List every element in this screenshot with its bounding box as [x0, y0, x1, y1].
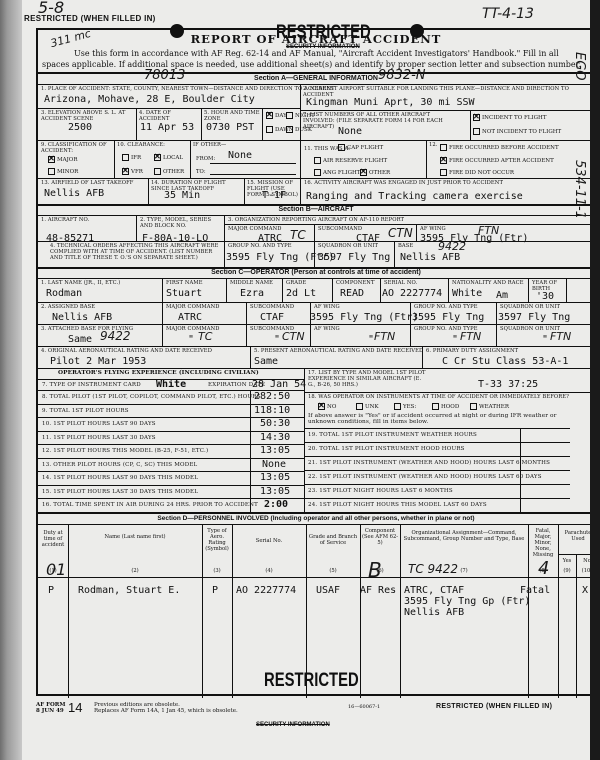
assigned-sub-value: CTAF	[260, 312, 284, 323]
tech-orders-label: 4. Technical Orders affecting this aircr…	[50, 243, 220, 261]
personnel-row: P Rodman, Stuart E. P AO 2227774 USAF AF…	[38, 577, 598, 617]
classification-major-checkbox[interactable]	[48, 156, 55, 163]
instruments-hood-option[interactable]: Hood	[432, 403, 459, 410]
light-night-checkbox[interactable]	[286, 112, 293, 119]
experience-row: 8. Total Pilot (1st Pilot, Copilot, Comm…	[38, 390, 304, 404]
attached-mc-value: "	[188, 334, 194, 345]
experience-row: 9. Total 1st Pilot Hours118:10	[38, 404, 304, 418]
handwritten-attached-mc: TC	[198, 330, 212, 343]
other-aircraft-value: None	[338, 126, 362, 137]
similar-aircraft-label: 17. List by Type and Model 1st Pilot Exp…	[308, 370, 428, 388]
handwritten-attached-wing: FTN	[374, 330, 395, 343]
assigned-mc-value: ATRC	[178, 312, 202, 323]
accident-report-form: 311 mc REPORT OF AIRCRAFT ACCIDENT RESTR…	[36, 28, 596, 696]
instrument-row: 20. Total 1st Pilot Instrument Hood Hour…	[304, 442, 570, 456]
handwritten-attached-sq: FTN	[550, 330, 571, 343]
present-rating-label: 5. Present Aeronautical Rating and Date …	[254, 348, 423, 354]
restricted-header: RESTRICTED (WHEN FILLED IN)	[24, 14, 156, 23]
if-other-label: If Other—	[193, 142, 226, 148]
restricted-stamp-bottom: RESTRICTED	[264, 670, 359, 692]
instrument-row: 24. 1st Pilot Night Hours THIS MODEL Las…	[304, 498, 570, 512]
col-component: Component (See AFM 62-5)	[360, 528, 400, 546]
light-day-option[interactable]: Day	[266, 112, 287, 119]
experience-row: 15. 1st Pilot Hours Last 30 Days This Mo…	[38, 485, 304, 499]
clearance-local-option[interactable]: Local	[154, 154, 183, 161]
elevation-label: 3. Elevation Above S. L. at accident sce…	[41, 110, 131, 122]
instruments-yes-checkbox[interactable]	[394, 403, 401, 410]
from-value: None	[228, 150, 252, 161]
base-value: Nellis AFB	[400, 252, 460, 263]
cap-flight-checkbox[interactable]	[338, 144, 345, 151]
form-label: AF FORM8 JUN 49	[36, 702, 65, 714]
nationality-label: Nationality and Race	[452, 280, 524, 286]
personnel-rating: P	[212, 585, 218, 596]
light-day-checkbox[interactable]	[266, 112, 273, 119]
classification-minor-option[interactable]: Minor	[48, 168, 78, 175]
handwritten-top-right: TT-4-13	[482, 6, 534, 22]
cap-flight-option[interactable]: CAP Flight	[338, 144, 383, 151]
instruments-unk-option[interactable]: Unk	[356, 403, 379, 410]
duration-value: 35 Min	[164, 190, 200, 201]
clearance-vfr-option[interactable]: VFR	[122, 168, 143, 175]
hour-label: 5. Hour and Time Zone	[204, 110, 264, 122]
experience-row: 13. Other Pilot Hours (CP, C, SC) This M…	[38, 458, 304, 472]
section-b-heading: Section B—AIRCRAFT	[38, 206, 594, 213]
handwritten-attached-base: 9422	[100, 329, 131, 343]
clearance-other-option[interactable]: Other	[154, 168, 184, 175]
not-incident-checkbox[interactable]	[473, 128, 480, 135]
experience-row: 16. Total Time Spent in Air During 24 Hr…	[38, 498, 304, 512]
scan-edge-left	[0, 0, 24, 760]
clearance-vfr-checkbox[interactable]	[122, 168, 129, 175]
personnel-name: Rodman, Stuart E.	[78, 585, 180, 596]
experience-heading: OPERATOR'S FLYING EXPERIENCE (Including …	[58, 370, 259, 376]
component-value: READ	[340, 288, 364, 299]
col-serial: Serial No.	[232, 538, 306, 544]
expiration-value: 28 Jan 54	[252, 379, 306, 390]
clearance-local-checkbox[interactable]	[154, 154, 161, 161]
instruments-label: 18. Was Operator on Instruments at Time …	[308, 394, 569, 400]
handwritten-base: 9422	[438, 240, 466, 253]
af-wing-value: 3595 Fly Tng (Ftr)	[420, 233, 528, 244]
instruments-weather-option[interactable]: Weather	[470, 403, 509, 410]
handwritten-injury: 4	[538, 558, 549, 579]
experience-row: 14. 1st Pilot Hours Last 90 Days This Mo…	[38, 471, 304, 485]
grade-value: 2d Lt	[286, 288, 316, 299]
personnel-org-line3: Nellis AFB	[404, 607, 464, 618]
other-flight-option[interactable]: Other	[360, 169, 390, 176]
middle-name-value: Ezra	[240, 288, 264, 299]
group-label: Group No. and Type	[228, 243, 292, 249]
from-label: From:	[196, 156, 215, 162]
airport-value: Kingman Muni Aprt, 30 mi SSW	[306, 97, 475, 108]
personnel-component: AF Res	[360, 585, 396, 596]
form-notes: Previous editions are obsolete.Replaces …	[94, 702, 238, 714]
incident-to-flight-option[interactable]: Incident to Flight	[473, 114, 546, 121]
section-c-heading: Section C—OPERATOR (Person at controls a…	[38, 269, 594, 276]
clearance-label: 10. Clearance:	[117, 142, 165, 148]
fire-none-option[interactable]: Fire Did Not Occur	[440, 169, 514, 176]
experience-row: 12. 1st Pilot Hours This Model (B-25, F-…	[38, 444, 304, 458]
type-label: 2. Type, Model, Series and Block No.	[140, 217, 220, 229]
other-aircraft-label: 7. List Numbers of All Other Aircraft In…	[303, 112, 463, 130]
assigned-base-value: Nellis AFB	[52, 312, 112, 323]
present-rating-value: Same	[254, 356, 278, 367]
handwritten-sub: CTN	[388, 226, 413, 240]
instruments-weather-checkbox[interactable]	[470, 403, 477, 410]
place-value: Arizona, Mohave, 28 E, Boulder City	[44, 94, 255, 105]
date-value: 11 Apr 53	[140, 122, 194, 133]
handwritten-wing: FTN	[478, 224, 499, 237]
place-label: 1. Place of Accident: State, county, nea…	[41, 86, 335, 92]
last-name-value: Rodman	[46, 288, 82, 299]
squadron-value: 3597 Fly Tng	[318, 252, 390, 263]
other-flight-checkbox[interactable]	[360, 169, 367, 176]
attached-sq-value: "	[542, 334, 548, 345]
fire-after-option[interactable]: Fire Occurred After Accident	[440, 157, 554, 164]
instruments-yes-option[interactable]: Yes:	[394, 403, 416, 410]
handwritten-margin-1: EGO	[572, 52, 587, 81]
light-dusk-checkbox[interactable]	[286, 126, 293, 133]
incident-to-flight-checkbox[interactable]	[473, 114, 480, 121]
middle-name-label: Middle Name	[230, 280, 273, 286]
orig-rating-label: 4. Original Aeronautical Rating and Date…	[41, 348, 212, 354]
assigned-sq-value: 3597 Fly Tng	[498, 312, 570, 323]
personnel-injury: Fatal	[520, 585, 550, 596]
handwritten-org: TC 9422	[408, 562, 458, 576]
classification-major-option[interactable]: Major	[48, 156, 77, 163]
clearance-ifr-checkbox[interactable]	[122, 154, 129, 161]
orig-rating-value: Pilot 2 Mar 1953	[50, 356, 146, 367]
airfield-label: 13. Airfield of Last Takeoff	[41, 180, 133, 186]
last-name-label: 1. Last Name (Jr., II, etc.)	[41, 280, 120, 286]
instruments-unk-checkbox[interactable]	[356, 403, 363, 410]
classification-minor-checkbox[interactable]	[48, 168, 55, 175]
personnel-grade: USAF	[316, 585, 340, 596]
major-command-label: Major Command	[228, 226, 282, 232]
personnel-serial: AO 2227774	[236, 585, 296, 596]
base-label: Base	[398, 243, 413, 249]
col-duty: Duty at time of accident	[38, 530, 68, 548]
air-reserve-flight-option[interactable]: Air Reserve Flight	[314, 157, 387, 164]
col-injury: Fatal, Major, Minor, None, Missing	[528, 528, 558, 558]
handwritten-ref-right: 9832-N	[378, 68, 426, 83]
mission-value: T-1F	[262, 190, 286, 201]
instrument-row: 19. Total 1st Pilot Instrument Weather H…	[304, 428, 570, 442]
af-wing-label: AF Wing	[420, 226, 446, 232]
clearance-other-checkbox[interactable]	[154, 168, 161, 175]
instruments-no-checkbox[interactable]	[318, 403, 325, 410]
attached-wing-label: AF Wing	[314, 326, 340, 332]
col-rating: Type of Aero. Rating (Symbol)	[202, 528, 232, 552]
ang-flight-option[interactable]: ANG Flight	[314, 169, 360, 176]
personnel-org-line2: 3595 Fly Tng Gp (Ftr)	[404, 596, 530, 607]
date-label: 4. Date of Accident	[139, 110, 199, 122]
to-label: To:	[196, 169, 206, 175]
instruments-note: If above answer is "Yes" or if accident …	[308, 413, 568, 425]
assigned-group-label: Group No. and Type	[414, 304, 478, 310]
activity-value: Ranging and Tracking camera exercise	[306, 191, 523, 202]
handwritten-ref-left: 78013	[144, 68, 185, 83]
security-info-stamp-bottom: SECURITY INFORMATION	[256, 722, 330, 728]
instrument-row: 21. 1st Pilot Instrument (Weather and Ho…	[304, 456, 570, 470]
restricted-footer: RESTRICTED (WHEN FILLED IN)	[436, 703, 552, 710]
handwritten-mc: TC	[290, 228, 306, 242]
print-code: 16—60067-1	[348, 704, 380, 710]
attached-group-value: "	[452, 334, 458, 345]
handwritten-attached-sub: CTN	[282, 330, 305, 343]
component-label: Component	[336, 280, 375, 286]
first-name-value: Stuart	[166, 288, 202, 299]
instrument-row: 22. 1st Pilot Instrument (Weather and Ho…	[304, 470, 570, 484]
birth-value: '30	[536, 291, 554, 302]
instruments-no-option[interactable]: No	[318, 403, 336, 410]
handwritten-margin-2: 534-11-1	[572, 160, 587, 219]
similar-aircraft-value: T-33 37:25	[478, 379, 538, 390]
assigned-group-value: 3595 Fly Tng	[412, 312, 484, 323]
col-chute-yes: Yes	[558, 558, 576, 564]
form-instructions: Use this form in accordance with AF Reg.…	[42, 48, 590, 70]
personnel-chute-no: X	[582, 585, 588, 596]
fire-label: 12.	[429, 142, 438, 148]
fire-after-checkbox[interactable]	[440, 157, 447, 164]
serial-label: Serial No.	[384, 280, 417, 286]
attached-sub-value: "	[274, 334, 280, 345]
col-org: Organizational Assignment—Command, Subco…	[400, 530, 528, 542]
not-incident-option[interactable]: Not Incident to Flight	[473, 128, 561, 135]
elevation-value: 2500	[68, 122, 92, 133]
fire-before-option[interactable]: Fire Occurred Before Accident	[440, 144, 559, 151]
ang-flight-checkbox[interactable]	[314, 169, 321, 176]
subcommand-label: Subcommand	[318, 226, 362, 232]
form-number: 14	[68, 700, 82, 715]
race-value: Am	[496, 290, 508, 301]
airfield-value: Nellis AFB	[44, 188, 104, 199]
instrument-card-value: White	[156, 379, 186, 390]
instruments-hood-checkbox[interactable]	[432, 403, 439, 410]
nationality-value: White	[452, 288, 482, 299]
instrument-row: 23. 1st Pilot Night Hours Last 6 Months	[304, 484, 570, 498]
assigned-base-label: 2. Assigned Base	[41, 304, 95, 310]
section-d-heading: Section D—PERSONNEL INVOLVED (Including …	[38, 515, 594, 522]
fire-before-checkbox[interactable]	[440, 144, 447, 151]
first-name-label: First Name	[166, 280, 203, 286]
personnel-org-line1: ATRC, CTAF	[404, 585, 464, 596]
handwritten-attached-group: FTN	[460, 330, 481, 343]
section-a-heading: Section A—GENERAL INFORMATION	[38, 75, 594, 82]
hour-value: 0730 PST	[206, 122, 254, 133]
restricted-stamp-top: RESTRICTED	[276, 22, 371, 44]
personnel-duty: P	[48, 585, 54, 596]
assigned-sub-label: Subcommand	[250, 304, 294, 310]
duty-label: 6. Primary Duty Assignment	[426, 348, 518, 354]
experience-row: 11. 1st Pilot Hours Last 30 Days14:30	[38, 431, 304, 445]
duty-value: C Cr Stu Class 53-A-1	[442, 356, 568, 367]
org-label: 3. Organization Reporting Aircraft on AF…	[228, 217, 404, 223]
experience-row: 10. 1st Pilot Hours Last 90 Days50:30	[38, 417, 304, 431]
clearance-ifr-option[interactable]: IFR	[122, 154, 141, 161]
squadron-label: Squadron or Unit	[318, 243, 378, 249]
assigned-wing-value: 3595 Fly Tng (Ftr)	[310, 312, 418, 323]
grade-label: Grade	[286, 280, 306, 286]
assigned-sq-label: Squadron or Unit	[500, 304, 560, 310]
fire-none-checkbox[interactable]	[440, 169, 447, 176]
assigned-mc-label: Major Command	[166, 304, 220, 310]
activity-label: 16. Activity Aircraft Was Engaged in Jus…	[304, 180, 503, 186]
col-name: Name (Last name first)	[68, 534, 202, 540]
light-dawn-checkbox[interactable]	[266, 126, 273, 133]
scan-edge-right	[590, 0, 600, 760]
instrument-card-label: 7. Type of Instrument Card	[42, 382, 141, 388]
attached-base-value: Same	[68, 334, 92, 345]
document-page: 5-8 RESTRICTED (WHEN FILLED IN) TT-4-13 …	[22, 0, 600, 760]
col-grade: Grade and Branch of Service	[306, 534, 360, 546]
aircraft-no-label: 1. Aircraft No.	[41, 217, 89, 223]
air-reserve-flight-checkbox[interactable]	[314, 157, 321, 164]
serial-value: AO 2227774	[382, 288, 442, 299]
assigned-wing-label: AF Wing	[314, 304, 340, 310]
